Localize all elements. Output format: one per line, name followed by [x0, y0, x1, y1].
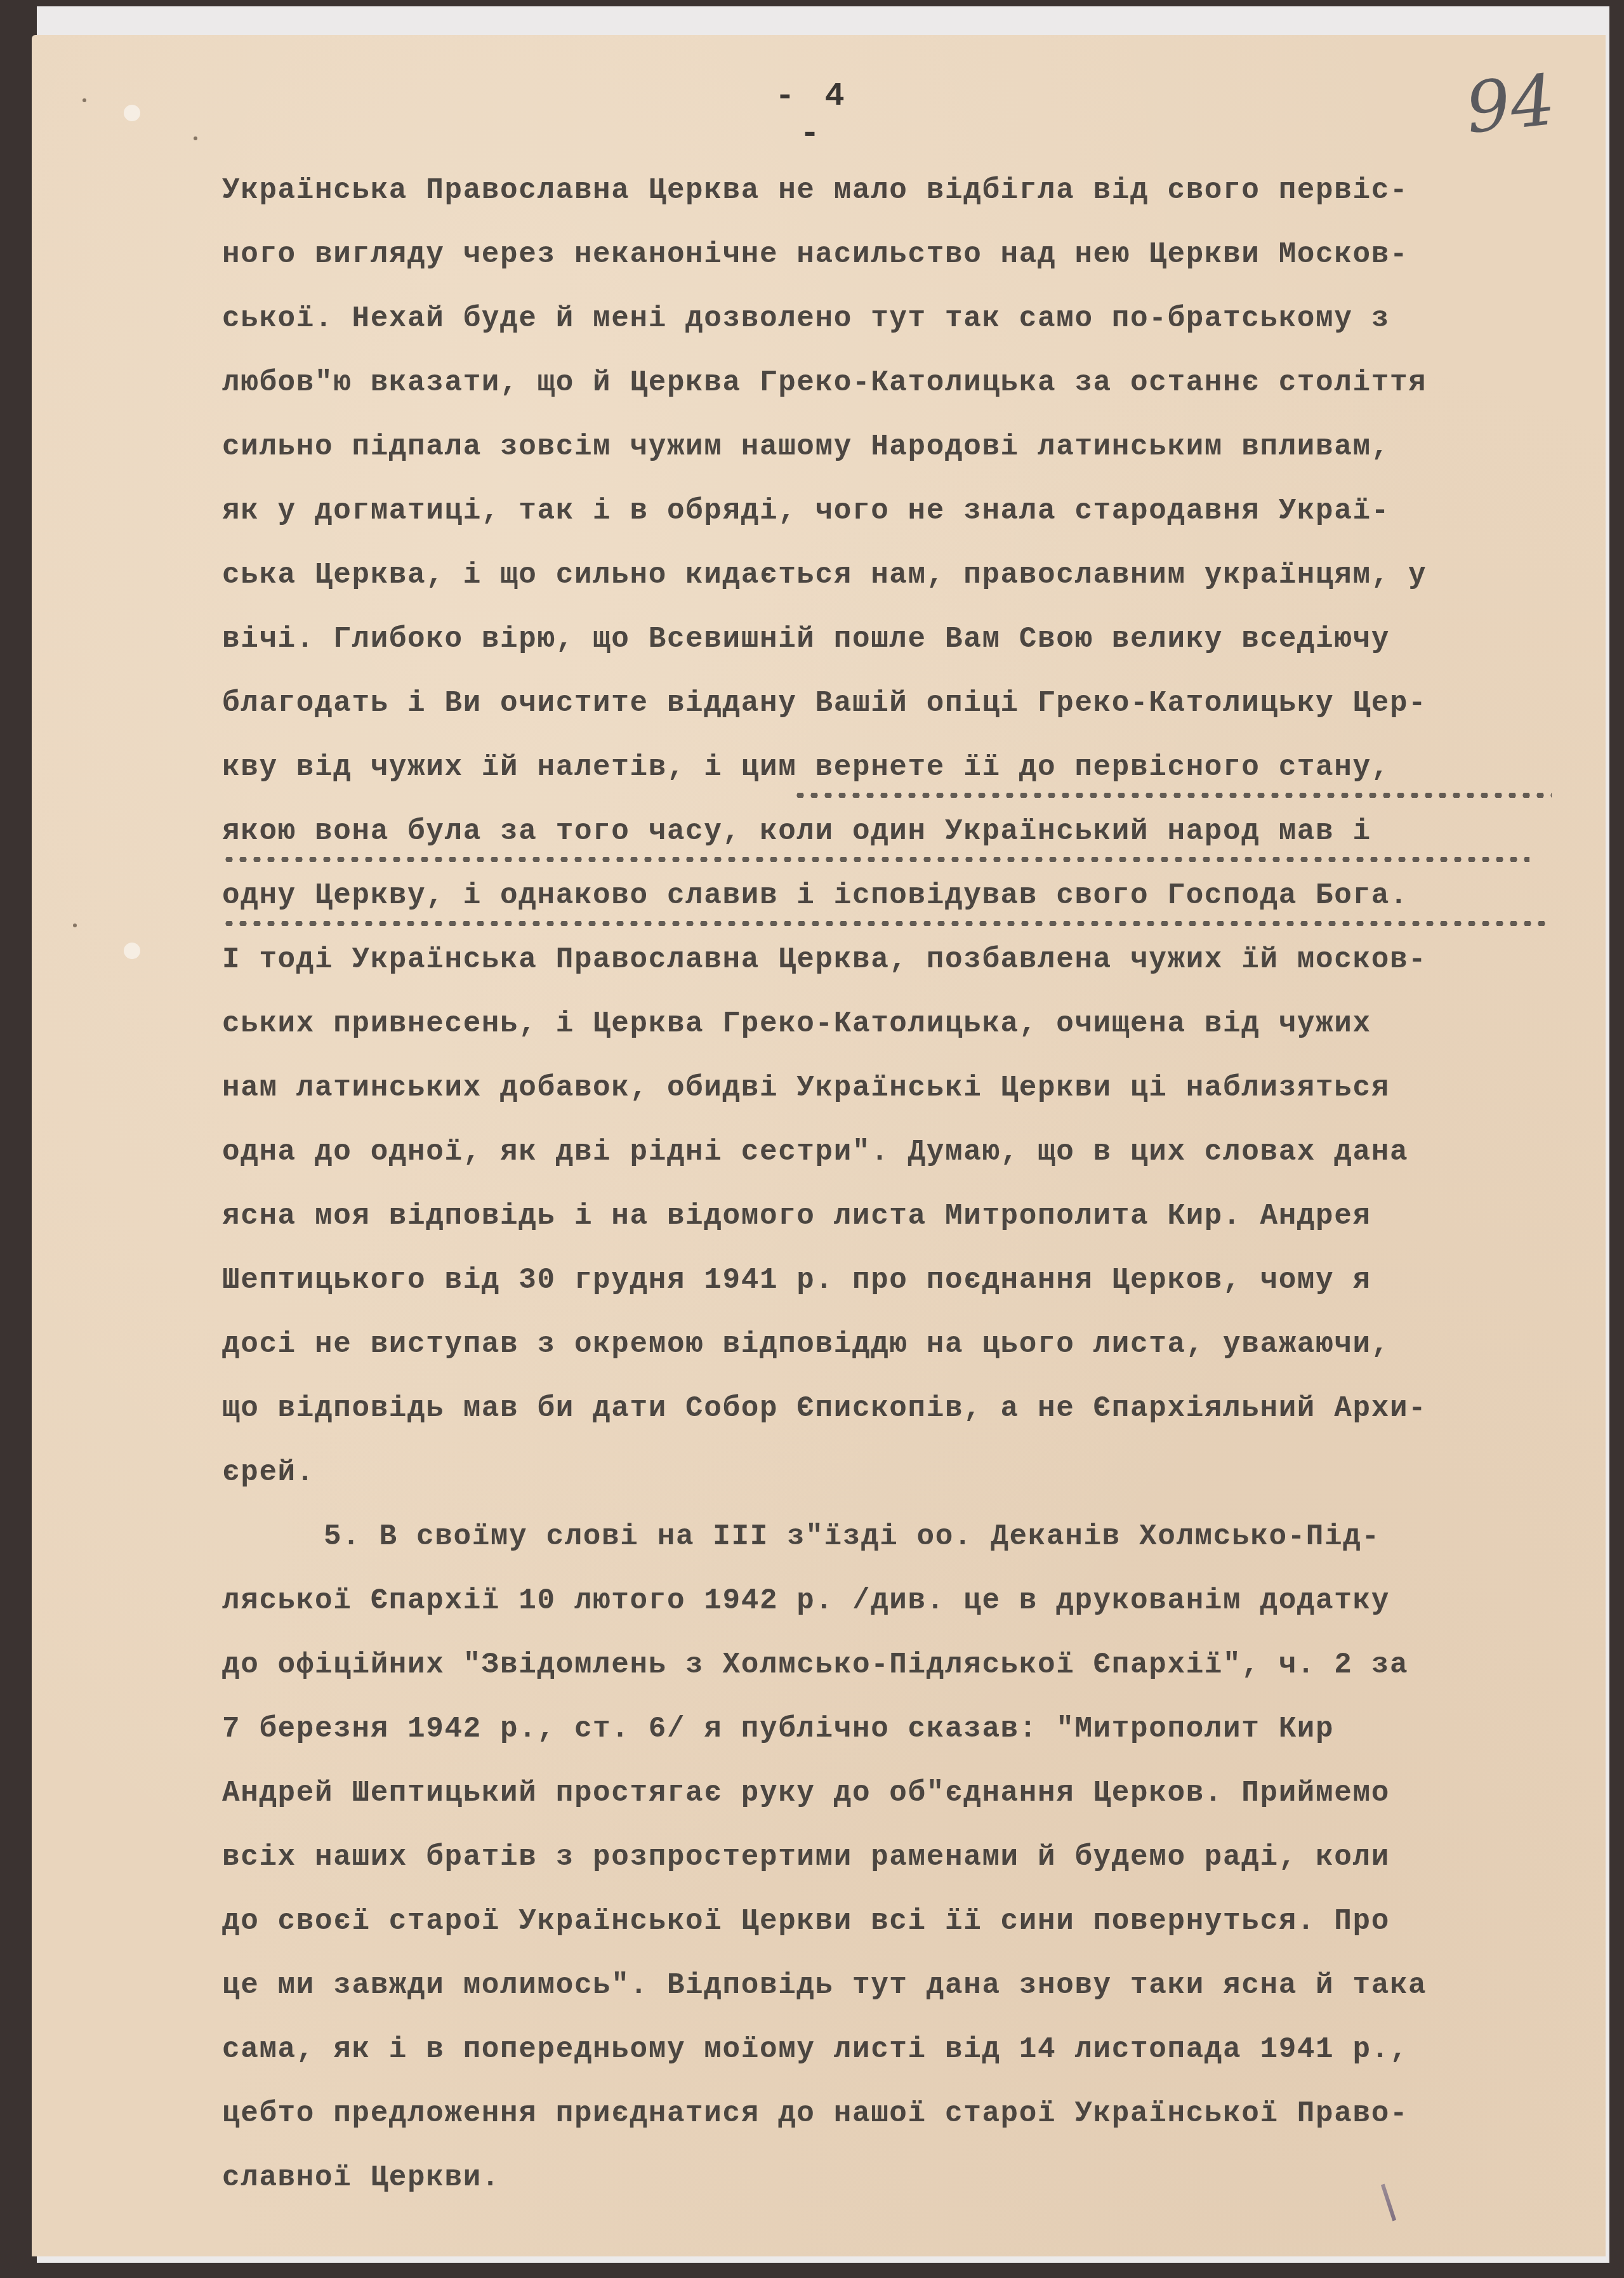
text-line-content: ляської Єпархії 10 лютого 1942 р. /див. …	[222, 1584, 1390, 1617]
text-line-content: до офіційних "Звідомлень з Холмсько-Підл…	[222, 1648, 1408, 1681]
text-line-content: досі не виступав з окремою відповіддю на…	[222, 1328, 1390, 1361]
ink-speck	[73, 924, 77, 927]
text-line-content: нам латинських добавок, обидві Українськ…	[222, 1071, 1390, 1104]
text-line: сама, як і в попередньому моїому листі в…	[222, 2029, 1561, 2093]
text-line-content: всіх наших братів з розпростертими рамен…	[222, 1841, 1390, 1874]
text-line-content: цебто предложення приєднатися до нашої с…	[222, 2097, 1408, 2130]
text-line-content: одна до одної, як дві рідні сестри". Дум…	[222, 1136, 1408, 1169]
text-line-content: сама, як і в попередньому моїому листі в…	[222, 2033, 1408, 2066]
text-line-content: І тоді Українська Православна Церква, по…	[222, 943, 1427, 976]
text-line: це ми завжди молимось". Відповідь тут да…	[222, 1965, 1561, 2029]
text-line-content: Шептицького від 30 грудня 1941 р. про по…	[222, 1264, 1371, 1297]
text-line-content: вічі. Глибоко вірю, що Всевишній пошле В…	[222, 623, 1390, 656]
page-number: - 4 -	[768, 77, 857, 152]
text-line: всіх наших братів з розпростертими рамен…	[222, 1837, 1561, 1901]
text-line: ська Церква, і що сильно кидається нам, …	[222, 555, 1561, 619]
text-line: нам латинських добавок, обидві Українськ…	[222, 1068, 1561, 1132]
text-line-content: ясна моя відповідь і на відомого листа М…	[222, 1200, 1371, 1233]
text-line: Андрей Шептицький простягає руку до об"є…	[222, 1773, 1561, 1837]
text-line-content: єрей.	[222, 1456, 315, 1489]
text-line-content: як у догматиці, так і в обряді, чого не …	[222, 494, 1390, 527]
text-line: якою вона була за того часу, коли один У…	[222, 811, 1561, 875]
text-line-content: що відповідь мав би дати Собор Єпископів…	[222, 1392, 1427, 1425]
text-line-content: це ми завжди молимось". Відповідь тут да…	[222, 1969, 1427, 2002]
text-line-content: 7 березня 1942 р., ст. 6/ я публічно ска…	[222, 1712, 1334, 1745]
text-line-content: одну Церкву, і однаково славив і ісповід…	[222, 879, 1408, 912]
text-line-content: ської. Нехай буде й мені дозволено тут т…	[222, 302, 1390, 335]
dotted-underline	[793, 793, 1552, 798]
text-line: Шептицького від 30 грудня 1941 р. про по…	[222, 1260, 1561, 1324]
text-line: як у догматиці, так і в обряді, чого не …	[222, 491, 1561, 555]
text-line: сильно підпала зовсім чужим нашому Народ…	[222, 427, 1561, 491]
dotted-underline	[222, 857, 1529, 862]
text-line-content: 5. В своїму слові на ІІІ з"їзді оо. Дека…	[324, 1520, 1380, 1553]
text-line: цебто предложення приєднатися до нашої с…	[222, 2093, 1561, 2157]
text-line: І тоді Українська Православна Церква, по…	[222, 939, 1561, 1003]
text-line: 5. В своїму слові на ІІІ з"їзді оо. Дека…	[222, 1516, 1561, 1580]
text-line: ясна моя відповідь і на відомого листа М…	[222, 1196, 1561, 1260]
text-line-content: якою вона була за того часу, коли один У…	[222, 815, 1371, 848]
text-line-content: славної Церкви.	[222, 2161, 500, 2194]
text-line: кву від чужих їй налетів, і цим вернете …	[222, 747, 1561, 811]
text-line: славної Церкви.	[222, 2157, 1561, 2222]
text-line-content: ного вигляду через неканонічне насильств…	[222, 238, 1408, 271]
ink-speck	[83, 98, 86, 102]
text-line: ської. Нехай буде й мені дозволено тут т…	[222, 298, 1561, 362]
text-line: що відповідь мав би дати Собор Єпископів…	[222, 1388, 1561, 1452]
text-line-content: до своєї старої Української Церкви всі ї…	[222, 1905, 1390, 1938]
text-line: вічі. Глибоко вірю, що Всевишній пошле В…	[222, 619, 1561, 683]
folio-number-handwritten: 94	[1462, 59, 1559, 149]
text-line: єрей.	[222, 1452, 1561, 1516]
ink-speck	[194, 136, 197, 140]
punch-hole	[124, 105, 140, 121]
text-line: одна до одної, як дві рідні сестри". Дум…	[222, 1132, 1561, 1196]
text-line: досі не виступав з окремою відповіддю на…	[222, 1324, 1561, 1388]
text-line: ських привнесень, і Церква Греко-Католиц…	[222, 1003, 1561, 1068]
text-line: любов"ю вказати, що й Церква Греко-Катол…	[222, 362, 1561, 427]
text-line: ного вигляду через неканонічне насильств…	[222, 234, 1561, 298]
text-line: благодать і Ви очистите віддану Вашій оп…	[222, 683, 1561, 747]
dotted-underline	[222, 921, 1552, 926]
text-line: ляської Єпархії 10 лютого 1942 р. /див. …	[222, 1580, 1561, 1645]
text-line: Українська Православна Церква не мало ві…	[222, 170, 1561, 234]
text-line: 7 березня 1942 р., ст. 6/ я публічно ска…	[222, 1709, 1561, 1773]
text-line-content: ська Церква, і що сильно кидається нам, …	[222, 559, 1427, 592]
punch-hole	[124, 943, 140, 959]
text-line-content: любов"ю вказати, що й Церква Греко-Катол…	[222, 366, 1427, 399]
text-line: одну Церкву, і однаково славив і ісповід…	[222, 875, 1561, 939]
text-line: до своєї старої Української Церкви всі ї…	[222, 1901, 1561, 1965]
letter-body: Українська Православна Церква не мало ві…	[222, 170, 1561, 2222]
text-line-content: Андрей Шептицький простягає руку до об"є…	[222, 1777, 1390, 1810]
text-line-content: кву від чужих їй налетів, і цим вернете …	[222, 751, 1390, 784]
text-line-content: сильно підпала зовсім чужим нашому Народ…	[222, 430, 1390, 463]
text-line: до офіційних "Звідомлень з Холмсько-Підл…	[222, 1645, 1561, 1709]
text-line-content: ських привнесень, і Церква Греко-Католиц…	[222, 1007, 1371, 1040]
text-line-content: благодать і Ви очистите віддану Вашій оп…	[222, 687, 1427, 720]
text-line-content: Українська Православна Церква не мало ві…	[222, 174, 1408, 207]
